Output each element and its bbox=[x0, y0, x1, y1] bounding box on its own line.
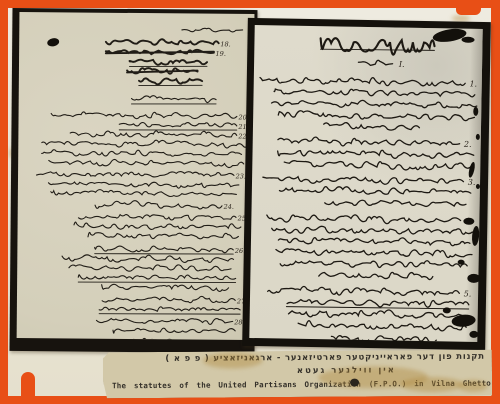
caption-strip: תקנות פון דער פאראייניקטער פארטיזאנער - … bbox=[103, 350, 492, 399]
ink-blot bbox=[350, 379, 359, 387]
svg-text:5.: 5. bbox=[464, 289, 472, 298]
ink-blot bbox=[469, 331, 478, 338]
svg-text:3.: 3. bbox=[468, 178, 476, 187]
right-page-handwriting: I.1.2.3.4.5. bbox=[249, 25, 482, 342]
orange-frame: 18.19.20.21.22.23.24.25.26.27.28. I.1.2.… bbox=[0, 0, 500, 404]
stain bbox=[458, 380, 488, 392]
ink-blot bbox=[458, 260, 465, 265]
left-manuscript-photo: 18.19.20.21.22.23.24.25.26.27.28. bbox=[10, 8, 258, 353]
stain bbox=[401, 377, 463, 392]
left-manuscript-page: 18.19.20.21.22.23.24.25.26.27.28. bbox=[17, 12, 255, 340]
right-manuscript-page: I.1.2.3.4.5. bbox=[249, 25, 482, 342]
svg-text:18.: 18. bbox=[220, 40, 230, 48]
ink-blot bbox=[443, 307, 451, 313]
svg-text:I.: I. bbox=[398, 60, 405, 69]
ink-blot bbox=[461, 37, 474, 43]
stain bbox=[203, 352, 263, 368]
ink-blot bbox=[476, 184, 480, 189]
ink-blot bbox=[463, 218, 474, 225]
ink-blot bbox=[467, 274, 480, 283]
svg-text:24.: 24. bbox=[223, 203, 234, 211]
frame-tab-top-right bbox=[456, 0, 481, 15]
frame-tab-bottom-left bbox=[21, 372, 35, 404]
caption-yiddish-line1: תקנות פון דער פאראייניקטער פארטיזאנער - … bbox=[109, 352, 485, 365]
right-manuscript-photo: I.1.2.3.4.5. bbox=[242, 18, 491, 350]
left-page-handwriting: 18.19.20.21.22.23.24.25.26.27.28. bbox=[17, 12, 255, 340]
svg-text:1.: 1. bbox=[469, 79, 477, 88]
svg-text:2.: 2. bbox=[463, 140, 472, 149]
svg-text:19.: 19. bbox=[216, 50, 226, 58]
